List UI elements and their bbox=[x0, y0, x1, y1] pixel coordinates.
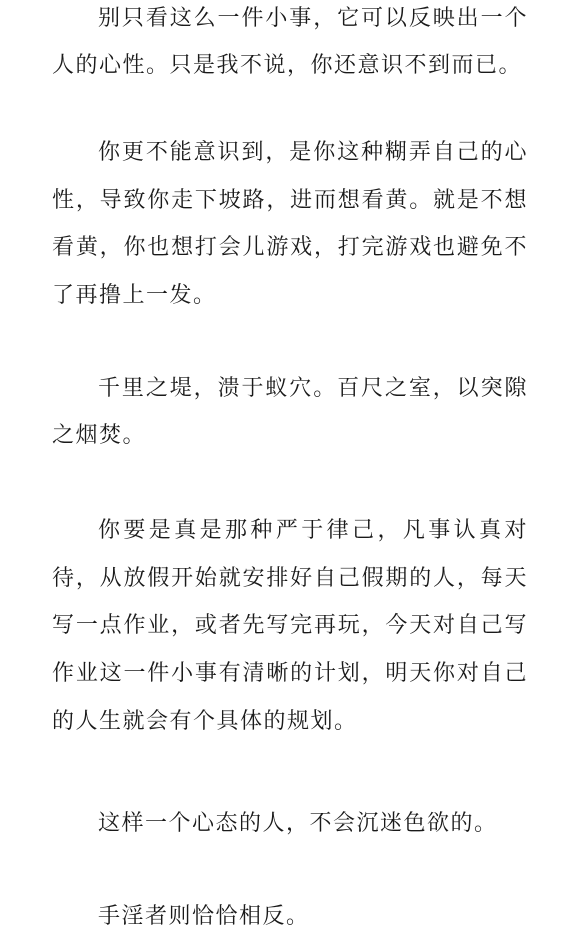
text-line: 待，从放假开始就安排好自己假期的人，每天 bbox=[52, 564, 528, 594]
document-page: 别只看这么一件小事，它可以反映出一个 人的心性。只是我不说，你还意识不到而已。 … bbox=[0, 0, 580, 942]
text-line: 的人生就会有个具体的规划。 bbox=[52, 707, 528, 737]
text-line: 你要是真是那种严于律己，凡事认真对 bbox=[98, 516, 528, 546]
text-line: 了再撸上一发。 bbox=[52, 281, 528, 311]
text-line: 之烟焚。 bbox=[52, 421, 528, 451]
text-line: 性，导致你走下坡路，进而想看黄。就是不想 bbox=[52, 186, 528, 216]
text-line: 写一点作业，或者先写完再玩，今天对自己写 bbox=[52, 611, 528, 641]
text-line: 人的心性。只是我不说，你还意识不到而已。 bbox=[52, 51, 528, 81]
text-line: 这样一个心态的人，不会沉迷色欲的。 bbox=[98, 809, 528, 839]
text-line: 你更不能意识到，是你这种糊弄自己的心 bbox=[98, 138, 528, 168]
text-line: 手淫者则恰恰相反。 bbox=[98, 902, 528, 932]
text-line: 别只看这么一件小事，它可以反映出一个 bbox=[98, 4, 528, 34]
text-line: 作业这一件小事有清晰的计划，明天你对自己 bbox=[52, 659, 528, 689]
text-line: 看黄，你也想打会儿游戏，打完游戏也避免不 bbox=[52, 233, 528, 263]
text-line: 千里之堤，溃于蚁穴。百尺之室，以突隙 bbox=[98, 374, 528, 404]
